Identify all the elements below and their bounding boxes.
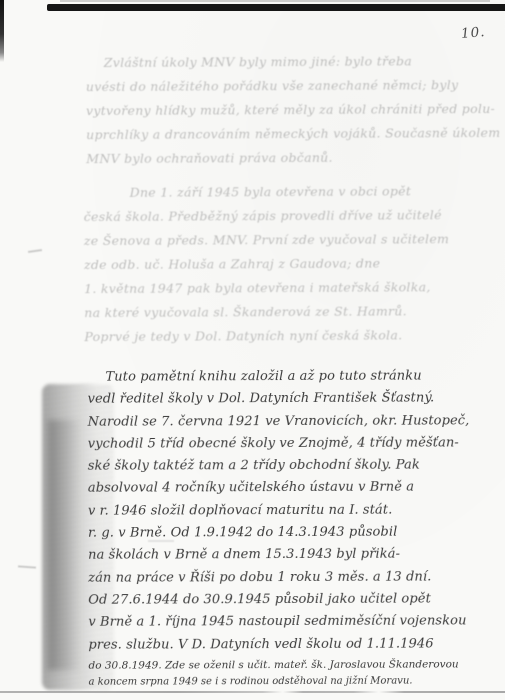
scan-speckle — [18, 565, 36, 568]
handwriting-line: ské školy taktéž tam a 2 třídy obchodní … — [88, 454, 498, 478]
handwriting-line: 1. května 1947 pak byla otevřena i mateř… — [84, 275, 498, 301]
handwriting-line: na které vyučovala sl. Škanderová ze St.… — [84, 299, 498, 325]
handwriting-line: v Brně a 1. října 1945 nastoupil sedmimě… — [88, 611, 498, 635]
handwriting-line: Dne 1. září 1945 byla otevřena v obci op… — [84, 179, 498, 205]
handwriting-line: Tuto pamětní knihu založil a až po tuto … — [87, 365, 497, 389]
handwriting-line: vedl ředitel školy v Dol. Datyních Frant… — [88, 388, 498, 412]
scan-speckle — [148, 540, 174, 542]
scan-edge-left-bar — [0, 0, 4, 62]
scan-edge-bottom-line — [0, 691, 505, 693]
handwriting-line: uprchlíky a drancováním německých vojáků… — [86, 121, 496, 147]
handwriting-line: Poprvé je tedy v Dol. Datyních nyní česk… — [84, 323, 498, 349]
handwriting-line: absolvoval 4 ročníky učitelského ústavu … — [88, 477, 498, 501]
handwriting-line: MNV bylo ochraňovati práva občanů. — [86, 145, 496, 171]
handwriting-line: zde odb. uč. Holuša a Zahraj z Gaudova; … — [84, 251, 498, 277]
scan-edge-top-bar — [47, 4, 505, 11]
handwriting-line: česká škola. Předběžný zápis provedli dř… — [84, 203, 498, 229]
handwriting-line: pres. službu. V D. Datyních vedl školu o… — [88, 633, 498, 657]
scanned-document-page: 10. Zvláštní úkoly MNV byly mimo jiné: b… — [0, 0, 505, 700]
handwriting-line: vychodil 5 tříd obecné školy ve Znojmě, … — [88, 432, 498, 456]
binding-shadow-core — [48, 420, 82, 670]
scan-edge-top-shadow — [60, 0, 490, 2]
paragraph-faint-1: Zvláštní úkoly MNV byly mimo jiné: bylo … — [86, 49, 497, 171]
handwriting-line: zán na práce v Říši po dobu 1 roku 3 měs… — [88, 566, 498, 590]
handwriting-line: Zvláštní úkoly MNV byly mimo jiné: bylo … — [86, 49, 496, 75]
handwriting-line: a koncem srpna 1949 se i s rodinou odstě… — [89, 673, 499, 690]
handwriting-line: Narodil se 7. června 1921 ve Vranovicích… — [88, 410, 498, 434]
handwriting-line: ze Šenova a předs. MNV. První zde vyučov… — [84, 227, 498, 253]
handwriting-line: do 30.8.1949. Zde se oženil s učit. mate… — [88, 655, 498, 674]
scan-speckle — [28, 249, 42, 253]
handwriting-line: vytvořeny hlídky mužů, které měly za úko… — [86, 97, 496, 123]
handwriting-line: na školách v Brně a dnem 15.3.1943 byl p… — [88, 544, 498, 568]
page-number: 10. — [460, 24, 486, 42]
handwriting-line: Od 27.6.1944 do 30.9.1945 působil jako u… — [88, 588, 498, 612]
paragraph-ink: Tuto pamětní knihu založil a až po tuto … — [87, 365, 498, 690]
handwriting-line: v r. 1946 složil doplňovací maturitu na … — [88, 499, 498, 523]
paragraph-faint-2: Dne 1. září 1945 byla otevřena v obci op… — [84, 179, 499, 349]
handwriting-line: uvésti do náležitého pořádku vše zanecha… — [86, 73, 496, 99]
